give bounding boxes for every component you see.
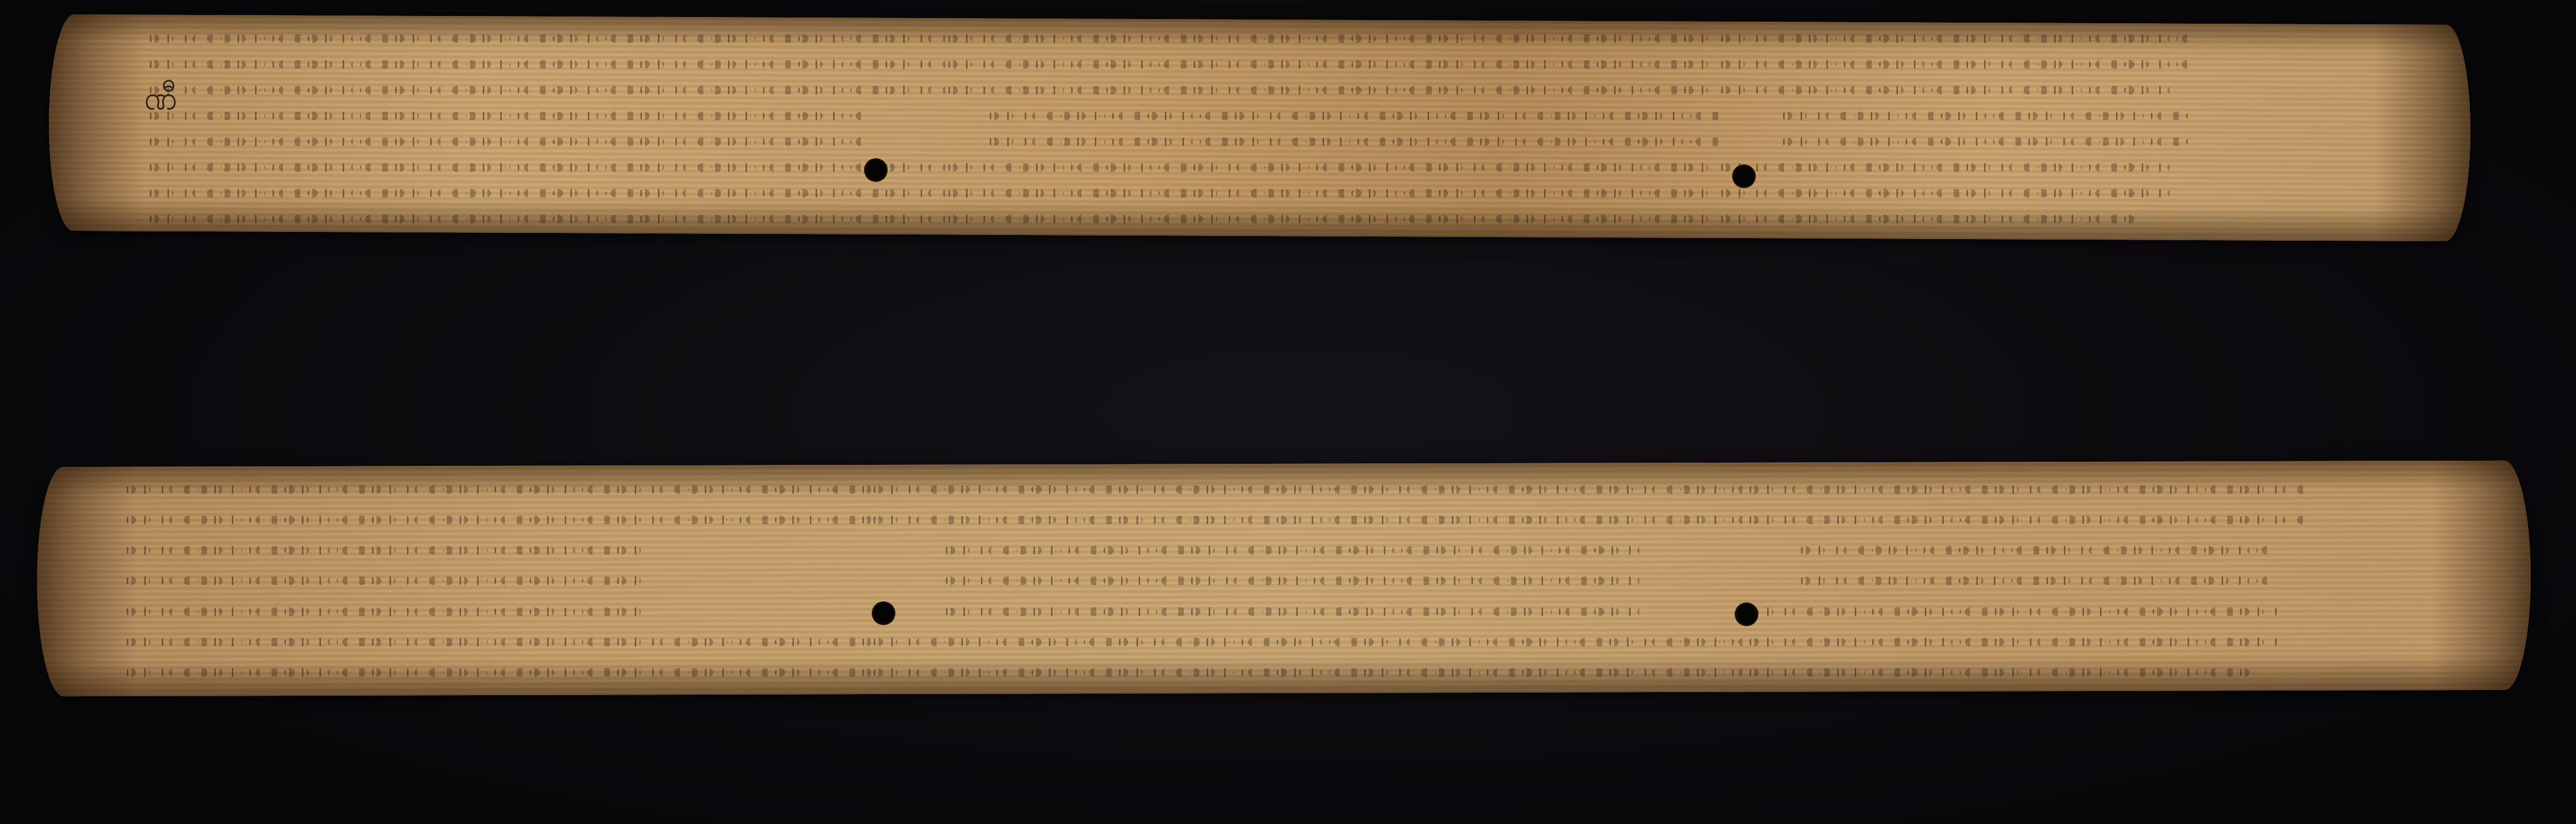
script-line [1798,543,2276,558]
script-line [943,543,1643,558]
script-block-top-center [945,31,1718,227]
script-line [945,211,1718,227]
script-line [124,634,871,650]
script-line [124,604,647,619]
script-line [987,134,1718,149]
script-line [124,512,871,528]
script-line [1747,665,2252,680]
script-line [987,108,1718,124]
script-line [871,482,1747,497]
script-block-bottom-left [124,482,871,680]
script-line [1780,108,2188,124]
script-block-top-right [1718,31,2197,227]
binding-hole-bottom-left [872,601,895,625]
script-line [1718,186,2174,201]
script-line [871,665,1747,680]
script-line [1780,134,2188,149]
script-line [1798,573,2276,588]
script-line [945,160,1718,175]
script-line [943,573,1643,588]
script-line [1718,31,2197,46]
script-line [147,134,866,149]
script-line [124,665,871,680]
script-line [147,57,945,72]
script-line [1747,634,2280,650]
script-line [1718,82,2174,98]
script-line [945,57,1718,72]
script-line [1747,604,2280,619]
script-block-bottom-center [871,482,1747,680]
script-block-top-left [147,31,945,227]
binding-hole-bottom-right [1735,602,1758,626]
script-line [871,634,1747,650]
leaf-page-marker: ဏီ [144,77,178,126]
script-line [147,211,945,227]
script-line [124,482,871,497]
script-line [1747,482,2308,497]
script-line [945,31,1718,46]
script-block-bottom-right [1747,482,2308,680]
script-line [945,82,1718,98]
script-line [124,573,647,588]
script-line [1747,512,2308,528]
binding-hole-top-right [1732,164,1756,188]
script-line [1718,57,2197,72]
binding-hole-top-left [864,158,888,182]
script-line [1718,211,2140,227]
script-line [871,512,1747,528]
script-line [147,108,866,124]
script-line [147,82,945,98]
script-line [945,186,1718,201]
script-line [147,186,945,201]
script-line [147,160,945,175]
script-line [943,604,1643,619]
script-line [1718,160,2174,175]
script-line [147,31,945,46]
script-line [124,543,647,558]
